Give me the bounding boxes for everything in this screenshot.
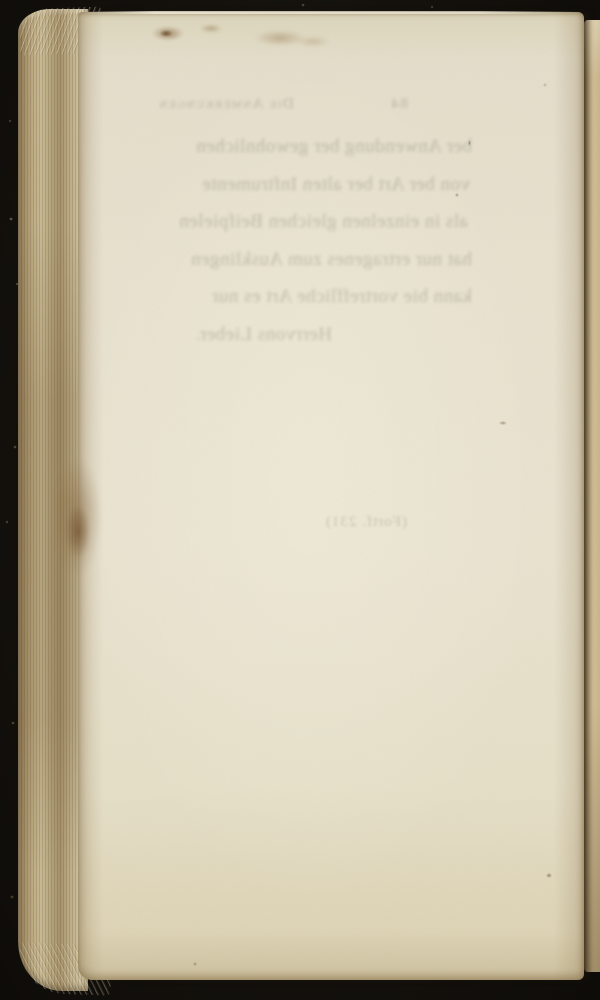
show-through-page-number: 84 xyxy=(390,96,408,113)
paper-speck xyxy=(546,873,552,878)
foxing-stain-top xyxy=(296,36,330,47)
show-through-line: von ber Art ber alten Inftrumente xyxy=(140,166,472,204)
paper-speck xyxy=(193,962,197,966)
foxing-stain-top-core xyxy=(160,30,172,37)
paper-speck xyxy=(543,83,547,87)
book-scan-photo: 84 Die Anmerkungen ber Anwendung ber gew… xyxy=(0,0,600,1000)
backdrop-dust-specks xyxy=(0,0,2,2)
facing-page-edge xyxy=(584,20,600,972)
show-through-running-head: 84 Die Anmerkungen xyxy=(140,96,472,116)
foxing-stain-top xyxy=(200,24,222,33)
show-through-line: ber Anwendung ber gewohnlichen xyxy=(140,128,472,166)
page-top-edge-highlight xyxy=(80,11,580,14)
margin-stain-core xyxy=(66,506,90,558)
show-through-mid-line: (Fortf. 231) xyxy=(314,514,418,531)
show-through-line: hat nur ertragenes zum Ausklingen xyxy=(140,241,472,279)
show-through-head-title: Die Anmerkungen xyxy=(158,96,294,113)
show-through-line: Herrvons Lieber. xyxy=(140,316,472,354)
paper-speck xyxy=(499,421,507,425)
show-through-line: kann bie vortreffliche Art es nur xyxy=(140,278,472,316)
show-through-text-block: 84 Die Anmerkungen ber Anwendung ber gew… xyxy=(140,94,472,353)
show-through-line: als in einzelnen gleichen Beifpielen xyxy=(140,203,472,241)
